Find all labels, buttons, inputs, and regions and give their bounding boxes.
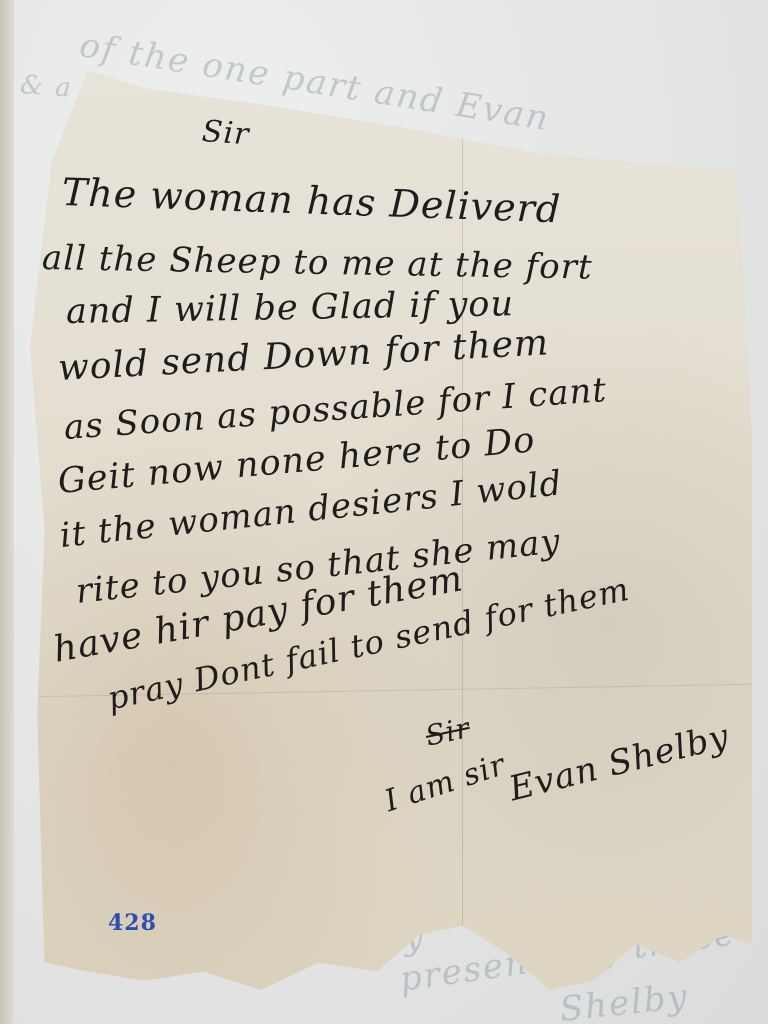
letter-line: all the Sheep to me at the fort	[42, 238, 593, 288]
backing-text-line: & a	[19, 70, 74, 104]
letter-closing-sir: Sir	[423, 711, 473, 753]
archive-stamp-number: 428	[108, 910, 157, 936]
adjacent-sheet-edge	[0, 0, 14, 1024]
letter-line: The woman has Deliverd	[61, 170, 562, 231]
letter-line: and I will be Glad if you	[66, 284, 515, 332]
letter-signature: Evan Shelby	[505, 716, 733, 809]
letter-closing: I am sir	[381, 747, 510, 819]
photo-scene: of the one part and Evan & a Company pre…	[0, 0, 768, 1024]
letter-salutation: Sir	[201, 114, 251, 152]
letter-paper: Sir The woman has Deliverd all the Sheep…	[30, 70, 752, 990]
